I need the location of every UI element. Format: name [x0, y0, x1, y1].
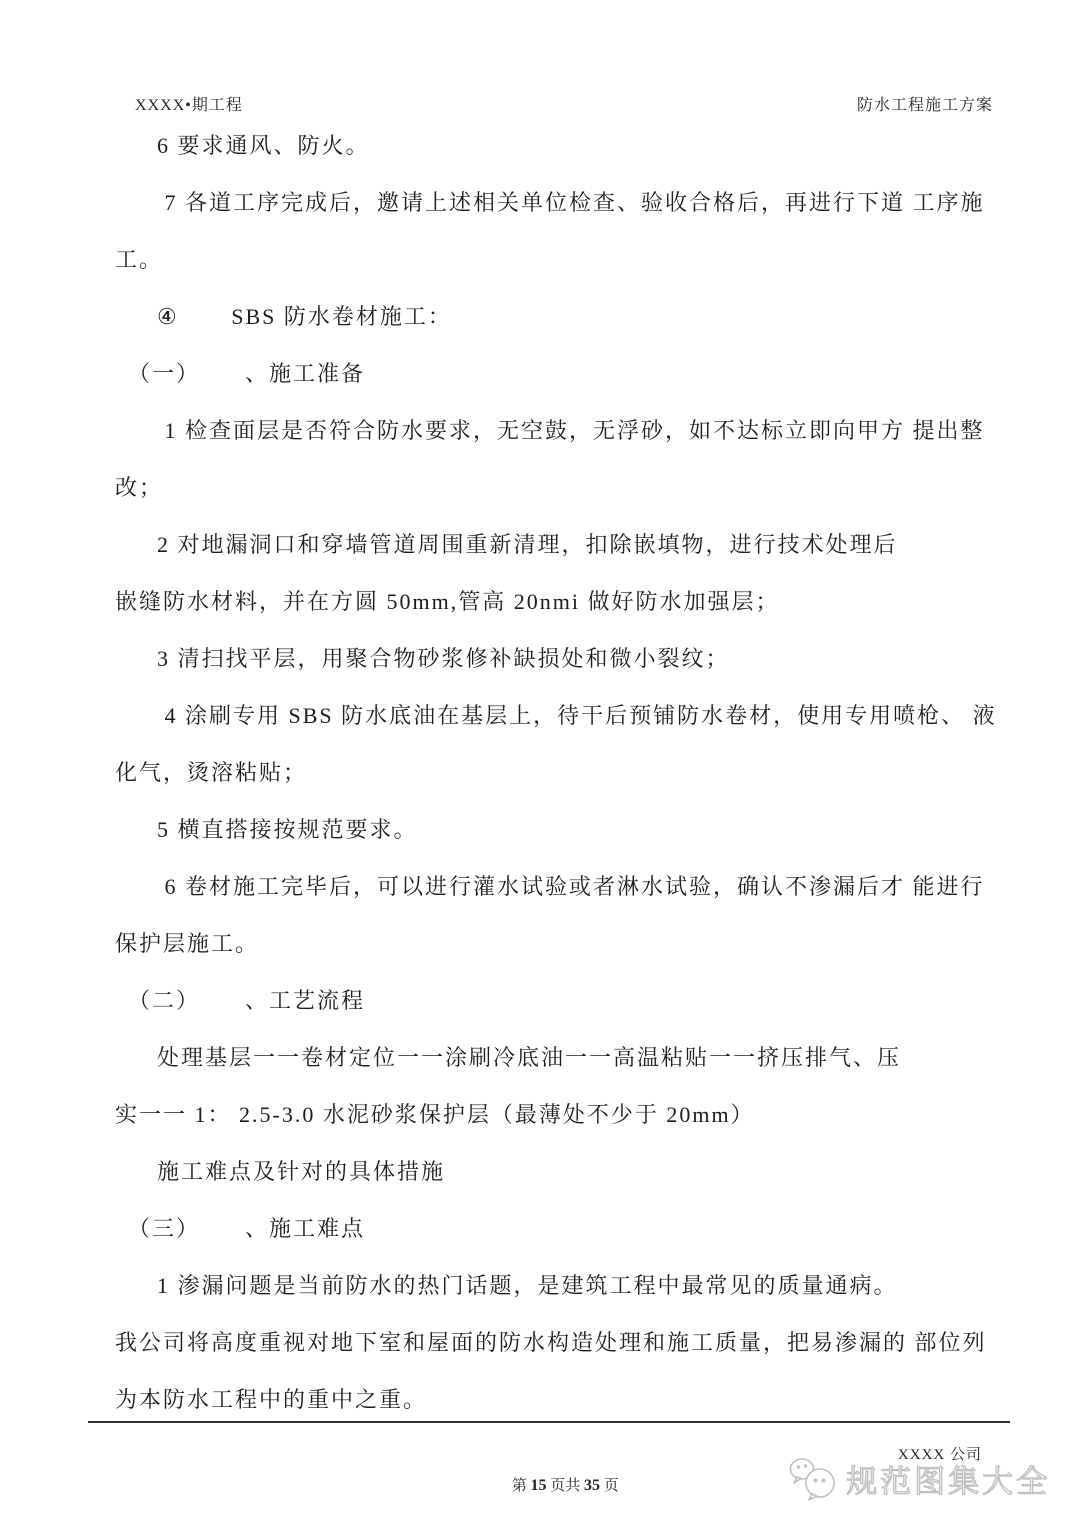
text-line: 改； [115, 459, 1010, 516]
text-line: （二） 、工艺流程 [115, 972, 1010, 1029]
header-project-title: XXXX•期工程 [135, 92, 243, 115]
text-line: 2 对地漏洞口和穿墙管道周围重新清理，扣除嵌填物，进行技术处理后 [115, 516, 1010, 573]
wechat-chat-bubbles-icon [789, 1457, 841, 1501]
text-line: 处理基层一一卷材定位一一涂刷冷底油一一高温粘贴一一挤压排气、压 [115, 1029, 1010, 1086]
text-line: 3 清扫找平层，用聚合物砂浆修补缺损处和微小裂纹； [115, 630, 1010, 687]
text-line: 4 涂刷专用 SBS 防水底油在基层上，待干后预铺防水卷材，使用专用喷枪、 液 [115, 687, 1010, 744]
watermark-text: 规范图集大全 [846, 1456, 1050, 1501]
text-line: 工。 [115, 231, 1010, 288]
page-number-middle: 页共 [546, 1478, 584, 1494]
text-line: 保护层施工。 [115, 915, 1010, 972]
footer-divider [88, 1421, 1010, 1423]
text-line: 1 检查面层是否符合防水要求，无空鼓，无浮砂，如不达标立即向甲方 提出整 [115, 402, 1010, 459]
text-line: 6 要求通风、防火。 [115, 117, 1010, 174]
page-number-current: 15 [530, 1477, 546, 1494]
text-line: （一） 、施工准备 [115, 345, 1010, 402]
text-line: 6 卷材施工完毕后，可以进行灌水试验或者淋水试验，确认不渗漏后才 能进行 [115, 858, 1010, 915]
watermark: 规范图集大全 [789, 1456, 1050, 1501]
text-line: ④ SBS 防水卷材施工： [115, 288, 1010, 345]
text-line: 我公司将高度重视对地下室和屋面的防水构造处理和施工质量，把易渗漏的 部位列 [115, 1314, 1010, 1371]
text-line: （三） 、施工难点 [115, 1200, 1010, 1257]
document-page: XXXX•期工程 防水工程施工方案 6 要求通风、防火。 7 各道工序完成后，邀… [0, 0, 1080, 1528]
text-line: 5 横直搭接按规范要求。 [115, 801, 1010, 858]
text-line: 化气，烫溶粘贴； [115, 744, 1010, 801]
text-line: 嵌缝防水材料，并在方圆 50mm,管高 20nmi 做好防水加强层； [115, 573, 1010, 630]
page-number-prefix: 第 [512, 1478, 531, 1494]
page-number-suffix: 页 [600, 1478, 619, 1494]
text-line: 实一一 1： 2.5-3.0 水泥砂浆保护层（最薄处不少于 20mm） [115, 1086, 1010, 1143]
text-line: 为本防水工程中的重中之重。 [115, 1371, 1010, 1428]
text-line: 1 渗漏问题是当前防水的热门话题，是建筑工程中最常见的质量通病。 [115, 1257, 1010, 1314]
text-line: 施工难点及针对的具体措施 [115, 1143, 1010, 1200]
header-doc-title: 防水工程施工方案 [857, 92, 993, 115]
document-body: 6 要求通风、防火。 7 各道工序完成后，邀请上述相关单位检查、验收合格后，再进… [115, 117, 1010, 1428]
text-line: 7 各道工序完成后，邀请上述相关单位检查、验收合格后，再进行下道 工序施 [115, 174, 1010, 231]
page-number-total: 35 [584, 1477, 600, 1494]
